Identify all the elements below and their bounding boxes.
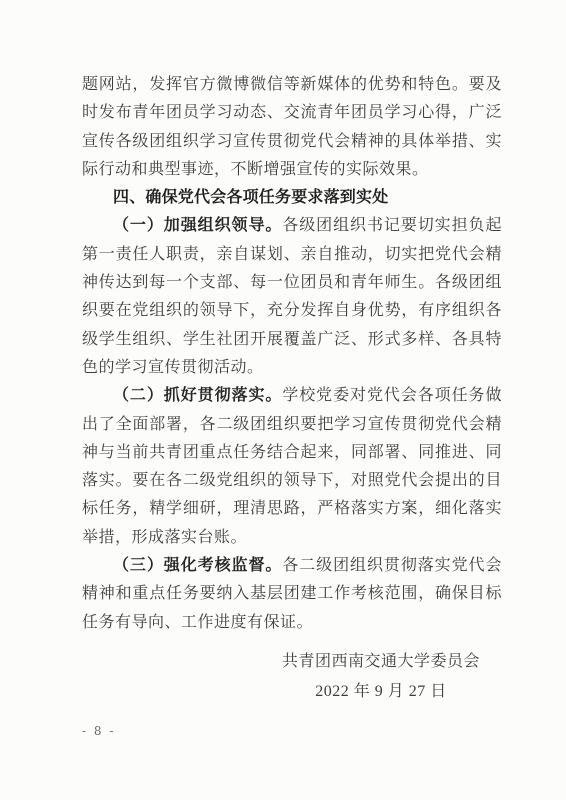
text-line: 时发布青年团员学习动态、交流青年团员学习心得，广泛: [82, 99, 502, 127]
signature-org: 共青团西南交通大学委员会: [282, 647, 480, 677]
text-line: 第一责任人职责，亲自谋划、亲自推动，切实把党代会精: [82, 241, 502, 269]
line-text: 各级团组织书记要切实担负起: [282, 217, 502, 234]
document-page: 题网站，发挥官方微博微信等新媒体的优势和特色。要及时发布青年团员学习动态、交流青…: [0, 0, 566, 800]
line-text: 四、确保党代会各项任务要求落到实处: [113, 189, 388, 206]
text-line: 织要在党组织的领导下，充分发挥自身优势，有序组织各: [82, 297, 502, 325]
line-text: 落实。要在各二级党组织的领导下，对照党代会提出的目: [82, 472, 502, 489]
text-line: 际行动和典型事迹，不断增强宣传的实际效果。: [82, 156, 502, 184]
text-line: 神传达到每一个支部、每一位团员和青年师生。各级团组: [82, 269, 502, 297]
bold-lead-in: （三）强化考核监督。: [113, 557, 282, 574]
text-line: 宣传各级团组织学习宣传贯彻党代会精神的具体举措、实: [82, 128, 502, 156]
text-line: 精神和重点任务要纳入基层团建工作考核范围，确保目标: [82, 580, 502, 608]
signature-date: 2022 年 9 月 27 日: [282, 677, 480, 707]
text-line: 标任务，精学细研，理清思路，严格落实方案，细化落实: [82, 495, 502, 523]
text-line: （二）抓好贯彻落实。学校党委对党代会各项任务做: [82, 382, 502, 410]
line-text: 织要在党组织的领导下，充分发挥自身优势，有序组织各: [82, 302, 502, 319]
line-text: 出了全面部署，各二级团组织要把学习宣传贯彻党代会精: [82, 416, 502, 433]
line-text: 神传达到每一个支部、每一位团员和青年师生。各级团组: [82, 274, 502, 291]
line-text: 际行动和典型事迹，不断增强宣传的实际效果。: [82, 161, 429, 178]
line-text: 举措，形成落实台账。: [82, 529, 247, 546]
text-line: （三）强化考核监督。各二级团组织贯彻落实党代会: [82, 552, 502, 580]
line-text: 级学生组织、学生社团开展覆盖广泛、形式多样、各具特: [82, 331, 502, 348]
signature-block: 共青团西南交通大学委员会 2022 年 9 月 27 日: [282, 647, 480, 707]
text-line: 神与当前共青团重点任务结合起来，同部署、同推进、同: [82, 439, 502, 467]
line-text: 第一责任人职责，亲自谋划、亲自推动，切实把党代会精: [82, 246, 502, 263]
bold-lead-in: （一）加强组织领导。: [113, 217, 282, 234]
text-line: 级学生组织、学生社团开展覆盖广泛、形式多样、各具特: [82, 326, 502, 354]
page-number: - 8 -: [82, 724, 115, 738]
line-text: 精神和重点任务要纳入基层团建工作考核范围，确保目标: [82, 585, 502, 602]
line-text: 各二级团组织贯彻落实党代会: [282, 557, 502, 574]
text-line: 落实。要在各二级党组织的领导下，对照党代会提出的目: [82, 467, 502, 495]
text-line: （一）加强组织领导。各级团组织书记要切实担负起: [82, 212, 502, 240]
bold-lead-in: （二）抓好贯彻落实。: [113, 387, 282, 404]
line-text: 题网站，发挥官方微博微信等新媒体的优势和特色。要及: [82, 76, 502, 93]
line-text: 宣传各级团组织学习宣传贯彻党代会精神的具体举措、实: [82, 133, 502, 150]
line-text: 时发布青年团员学习动态、交流青年团员学习心得，广泛: [82, 104, 502, 121]
text-line: 出了全面部署，各二级团组织要把学习宣传贯彻党代会精: [82, 411, 502, 439]
line-text: 学校党委对党代会各项任务做: [282, 387, 502, 404]
section-heading: 四、确保党代会各项任务要求落到实处: [82, 184, 502, 212]
line-text: 色的学习宣传贯彻活动。: [82, 359, 264, 376]
text-line: 色的学习宣传贯彻活动。: [82, 354, 502, 382]
line-text: 任务有导向、工作进度有保证。: [82, 614, 313, 631]
document-body: 题网站，发挥官方微博微信等新媒体的优势和特色。要及时发布青年团员学习动态、交流青…: [82, 71, 502, 637]
line-text: 神与当前共青团重点任务结合起来，同部署、同推进、同: [82, 444, 502, 461]
text-line: 举措，形成落实台账。: [82, 524, 502, 552]
text-line: 任务有导向、工作进度有保证。: [82, 609, 502, 637]
text-line: 题网站，发挥官方微博微信等新媒体的优势和特色。要及: [82, 71, 502, 99]
line-text: 标任务，精学细研，理清思路，严格落实方案，细化落实: [82, 500, 502, 517]
